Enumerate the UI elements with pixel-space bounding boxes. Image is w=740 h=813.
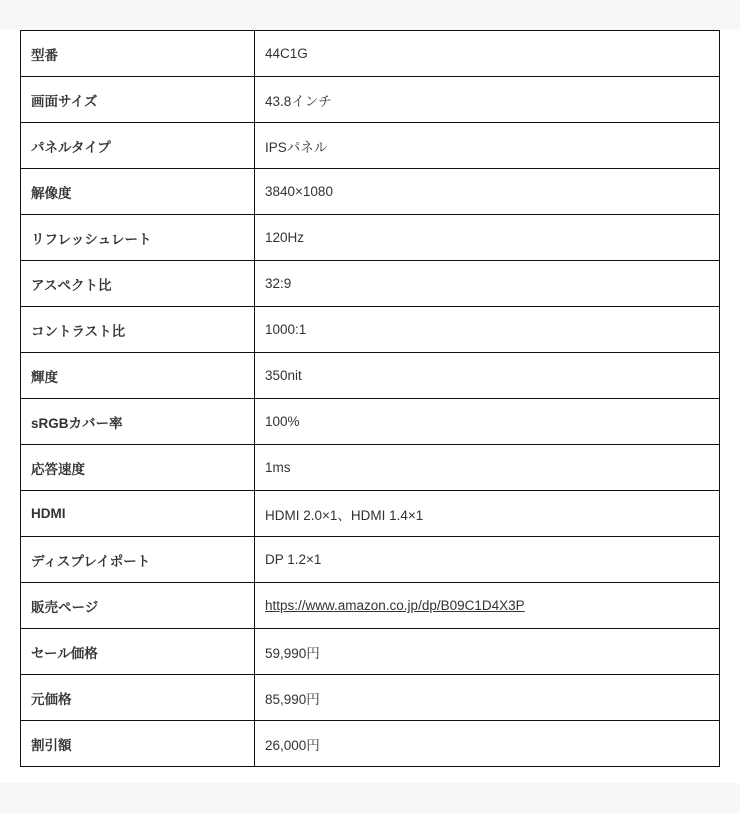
table-row: sRGBカバー率 100% xyxy=(21,399,720,445)
table-row: 販売ページ https://www.amazon.co.jp/dp/B09C1D… xyxy=(21,583,720,629)
spec-value: 32:9 xyxy=(255,261,720,307)
table-row: 画面サイズ 43.8インチ xyxy=(21,77,720,123)
table-row: セール価格 59,990円 xyxy=(21,629,720,675)
spec-label: パネルタイプ xyxy=(21,123,255,169)
table-row: アスペクト比 32:9 xyxy=(21,261,720,307)
spec-label: セール価格 xyxy=(21,629,255,675)
table-row: 応答速度 1ms xyxy=(21,445,720,491)
table-row: ディスプレイポート DP 1.2×1 xyxy=(21,537,720,583)
spec-label: ディスプレイポート xyxy=(21,537,255,583)
spec-value: HDMI 2.0×1、HDMI 1.4×1 xyxy=(255,491,720,537)
spec-value: 1000:1 xyxy=(255,307,720,353)
spec-value: 3840×1080 xyxy=(255,169,720,215)
table-row: 解像度 3840×1080 xyxy=(21,169,720,215)
spec-label: アスペクト比 xyxy=(21,261,255,307)
table-row: 元価格 85,990円 xyxy=(21,675,720,721)
page-content: 型番 44C1G 画面サイズ 43.8インチ パネルタイプ IPSパネル 解像度… xyxy=(0,30,740,783)
spec-value: 26,000円 xyxy=(255,721,720,767)
table-row: 割引額 26,000円 xyxy=(21,721,720,767)
spec-value: IPSパネル xyxy=(255,123,720,169)
amazon-product-link[interactable]: https://www.amazon.co.jp/dp/B09C1D4X3P xyxy=(265,598,525,613)
spec-value: 43.8インチ xyxy=(255,77,720,123)
table-row: パネルタイプ IPSパネル xyxy=(21,123,720,169)
spec-label: 解像度 xyxy=(21,169,255,215)
spec-label: 画面サイズ xyxy=(21,77,255,123)
table-row: リフレッシュレート 120Hz xyxy=(21,215,720,261)
table-row: HDMI HDMI 2.0×1、HDMI 1.4×1 xyxy=(21,491,720,537)
spec-label: 輝度 xyxy=(21,353,255,399)
table-row: 型番 44C1G xyxy=(21,31,720,77)
table-row: コントラスト比 1000:1 xyxy=(21,307,720,353)
spec-value: https://www.amazon.co.jp/dp/B09C1D4X3P xyxy=(255,583,720,629)
table-row: 輝度 350nit xyxy=(21,353,720,399)
spec-value: 100% xyxy=(255,399,720,445)
spec-value: 120Hz xyxy=(255,215,720,261)
spec-value: 1ms xyxy=(255,445,720,491)
spec-value: 350nit xyxy=(255,353,720,399)
spec-label: sRGBカバー率 xyxy=(21,399,255,445)
spec-label: コントラスト比 xyxy=(21,307,255,353)
spec-label: HDMI xyxy=(21,491,255,537)
spec-label: 元価格 xyxy=(21,675,255,721)
spec-label: 販売ページ xyxy=(21,583,255,629)
spec-value: 59,990円 xyxy=(255,629,720,675)
spec-label: 割引額 xyxy=(21,721,255,767)
spec-value: DP 1.2×1 xyxy=(255,537,720,583)
spec-table: 型番 44C1G 画面サイズ 43.8インチ パネルタイプ IPSパネル 解像度… xyxy=(20,30,720,767)
spec-label: 応答速度 xyxy=(21,445,255,491)
spec-label: 型番 xyxy=(21,31,255,77)
spec-value: 44C1G xyxy=(255,31,720,77)
spec-label: リフレッシュレート xyxy=(21,215,255,261)
spec-value: 85,990円 xyxy=(255,675,720,721)
